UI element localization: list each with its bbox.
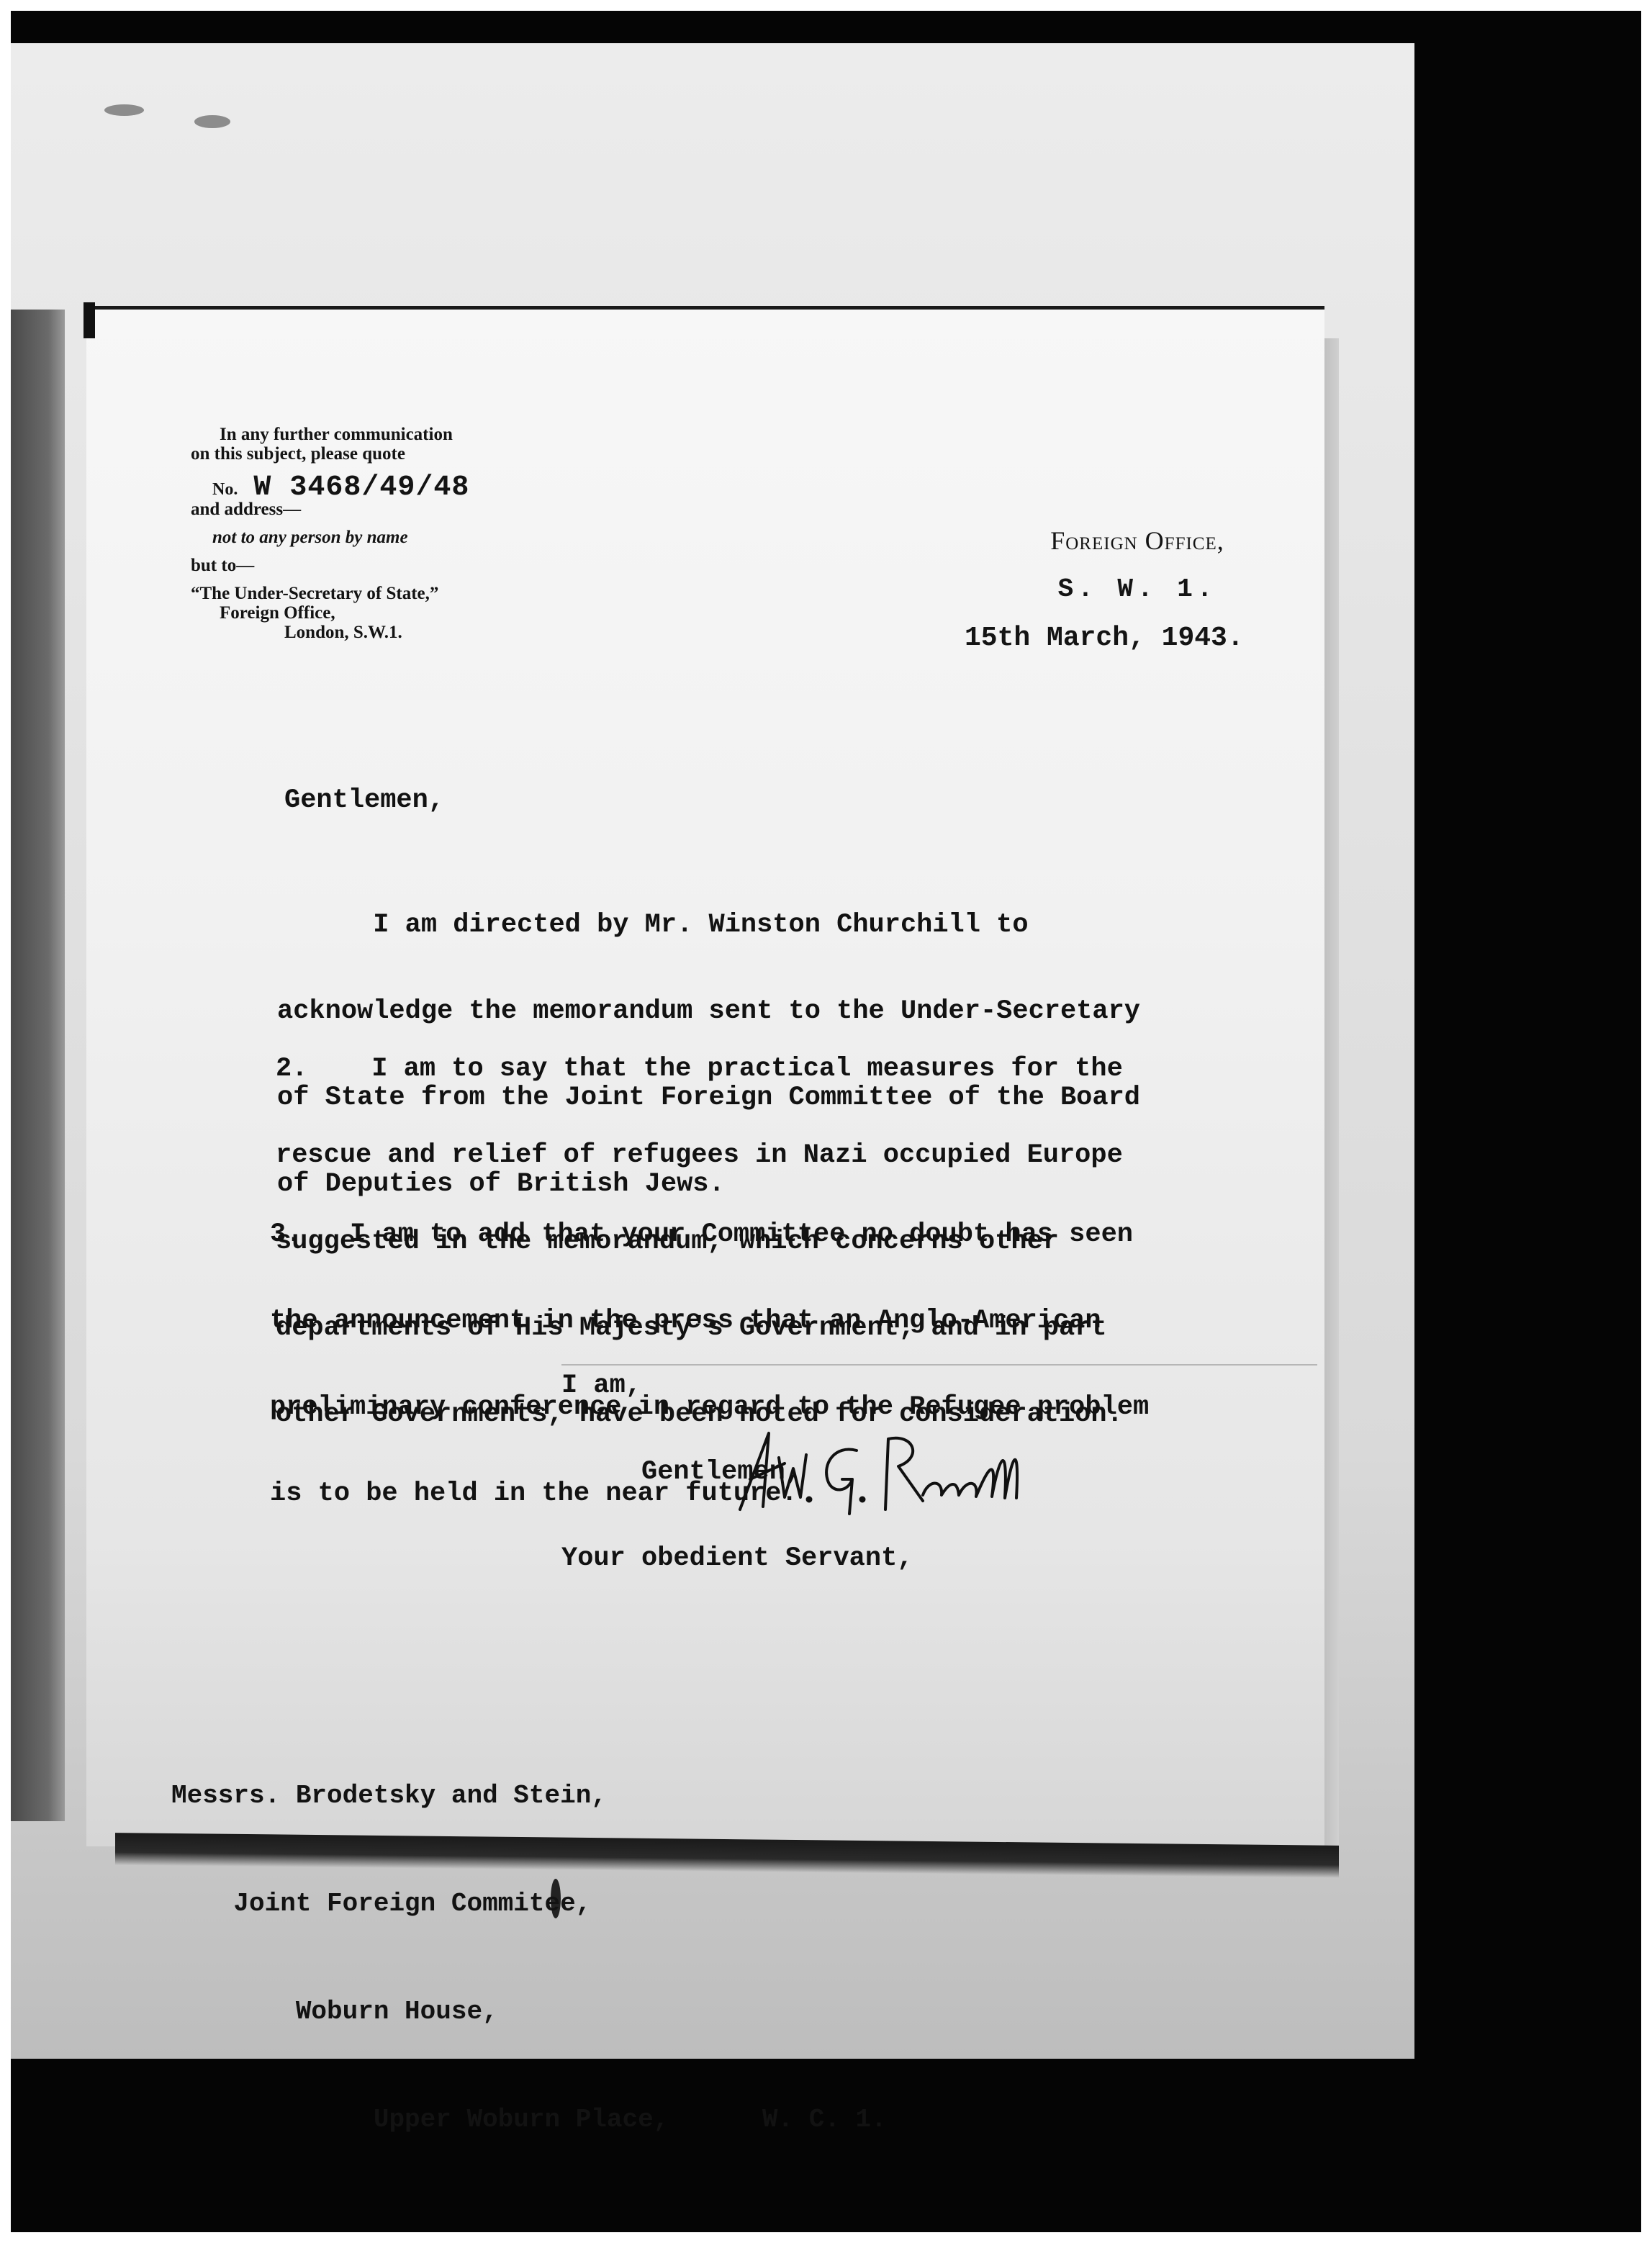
quote-instruction-line-2: on this subject, please quote <box>191 444 469 464</box>
recipient-line-1: Messrs. Brodetsky and Stein, <box>171 1778 887 1814</box>
addressee-city: London, S.W.1. <box>284 623 469 642</box>
closing-line-1: I am, <box>561 1371 913 1400</box>
stain-mark <box>104 104 144 116</box>
addressee-office: Foreign Office, <box>220 603 469 623</box>
reference-no-label: No. <box>212 480 238 500</box>
corner-clip-mark <box>83 302 95 338</box>
left-edge-shadow <box>11 310 65 1821</box>
reference-line: No. W 3468/49/48 <box>191 478 469 500</box>
sender-office-block: Foreign Office, S. W. 1. 15th March, 194… <box>965 525 1267 654</box>
but-to-label: but to— <box>191 556 469 575</box>
paragraph-line: 2. I am to say that the practical measur… <box>276 1055 1123 1083</box>
salutation: Gentlemen, <box>284 786 444 815</box>
recipient-line-4: Upper Woburn Place, W. C. 1. <box>171 2102 887 2138</box>
signature-name: A.W.G. Randall <box>734 1429 740 1430</box>
paragraph-line: I am directed by Mr. Winston Churchill t… <box>277 911 1140 939</box>
letterhead-reference-block: In any further communication on this sub… <box>191 425 469 642</box>
office-postcode: S. W. 1. <box>1008 574 1267 604</box>
reference-number: W 3468/49/48 <box>253 478 469 497</box>
recipient-line-3: Woburn House, <box>171 1994 887 2030</box>
addressee-title: “The Under-Secretary of State,” <box>191 584 469 603</box>
closing-line-3: Your obedient Servant, <box>561 1544 913 1573</box>
handwritten-signature <box>734 1429 1065 1515</box>
quote-instruction-line-1: In any further communication <box>220 425 469 444</box>
letter-date: 15th March, 1943. <box>965 623 1267 654</box>
paragraph-line: 3. I am to add that your Committee no do… <box>270 1220 1149 1249</box>
not-to-name-instruction: not to any person by name <box>212 528 469 547</box>
recipient-line-2: Joint Foreign Commitee, <box>171 1886 887 1922</box>
office-name: Foreign Office, <box>1008 525 1267 556</box>
stain-mark <box>194 115 230 128</box>
recipient-address-block: Messrs. Brodetsky and Stein, Joint Forei… <box>171 1706 887 2174</box>
